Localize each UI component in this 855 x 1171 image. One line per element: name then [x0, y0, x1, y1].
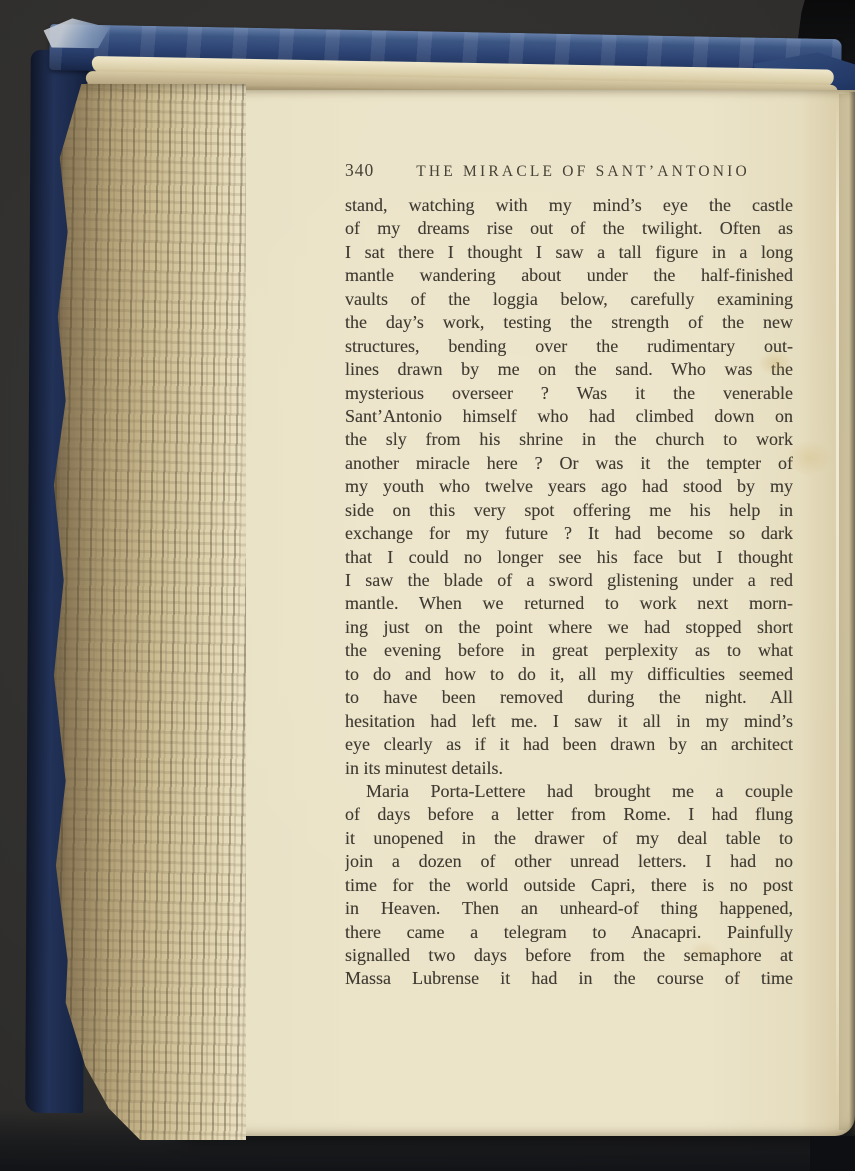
paper-stain	[786, 440, 832, 476]
text-line: in its minutest details.	[345, 757, 793, 780]
text-line: the day’s work, testing the strength of …	[345, 311, 793, 334]
running-title: THE MIRACLE OF SANT’ANTONIO	[416, 163, 750, 181]
text-line: mysterious overseer ? Was it the venerab…	[345, 382, 793, 405]
text-line: mantle wandering about under the half-fi…	[345, 264, 793, 287]
text-line: hesitation had left me. I saw it all in …	[345, 710, 793, 733]
text-line: of my dreams rise out of the twilight. O…	[345, 217, 793, 240]
text-line: of days before a letter from Rome. I had…	[345, 803, 793, 826]
printed-text-block: 340 THE MIRACLE OF SANT’ANTONIO stand, w…	[345, 160, 793, 991]
text-line: Sant’Antonio himself who had climbed dow…	[345, 405, 793, 428]
text-line: mantle. When we returned to work next mo…	[345, 592, 793, 615]
text-line: vaults of the loggia below, carefully ex…	[345, 288, 793, 311]
text-line: my youth who twelve years ago had stood …	[345, 475, 793, 498]
text-line: ing just on the point where we had stopp…	[345, 616, 793, 639]
text-line: side on this very spot offering me his h…	[345, 499, 793, 522]
page-header: 340 THE MIRACLE OF SANT’ANTONIO	[345, 160, 793, 181]
paper-stain	[688, 940, 720, 964]
text-line: I saw the blade of a sword glistening un…	[345, 569, 793, 592]
text-line: stand, watching with my mind’s eye the c…	[345, 194, 793, 217]
text-line: Massa Lubrense it had in the course of t…	[345, 967, 793, 990]
text-line: I sat there I thought I saw a tall figur…	[345, 241, 793, 264]
text-line: signalled two days before from the semap…	[345, 944, 793, 967]
text-line: the sly from his shrine in the church to…	[345, 428, 793, 451]
text-line: another miracle here ? Or was it the tem…	[345, 452, 793, 475]
text-line: there came a telegram to Anacapri. Painf…	[345, 921, 793, 944]
text-line: join a dozen of other unread letters. I …	[345, 850, 793, 873]
scan-cradle-bottom-right	[810, 1136, 855, 1171]
text-line: it unopened in the drawer of my deal tab…	[345, 827, 793, 850]
page-text: stand, watching with my mind’s eye the c…	[345, 194, 793, 991]
text-line: in Heaven. Then an unheard-of thing happ…	[345, 897, 793, 920]
page-fore-edge-deckle	[50, 84, 246, 1140]
paper-stain	[758, 350, 792, 376]
text-line: exchange for my future ? It had become s…	[345, 522, 793, 545]
book-photo: 340 THE MIRACLE OF SANT’ANTONIO stand, w…	[0, 0, 855, 1171]
text-line: lines drawn by me on the sand. Who was t…	[345, 358, 793, 381]
text-line: the evening before in great perplexity a…	[345, 639, 793, 662]
text-line: to have been removed during the night. A…	[345, 686, 793, 709]
text-line: time for the world outside Capri, there …	[345, 874, 793, 897]
page-right-edge-shadow	[849, 92, 855, 1134]
text-line: Maria Porta-Lettere had brought me a cou…	[345, 780, 793, 803]
text-line: structures, bending over the rudimentary…	[345, 335, 793, 358]
page-number: 340	[345, 160, 374, 181]
text-line: to do and how to do it, all my difficult…	[345, 663, 793, 686]
text-line: eye clearly as if it had been drawn by a…	[345, 733, 793, 756]
text-line: that I could no longer see his face but …	[345, 546, 793, 569]
